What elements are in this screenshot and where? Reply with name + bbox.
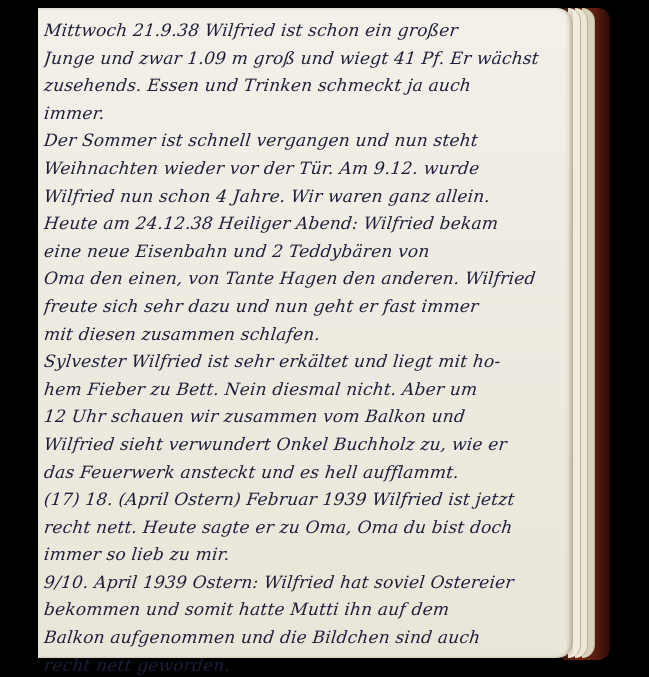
text-line: Heute am 24.12.38 Heiliger Abend: Wilfri…	[43, 211, 566, 239]
text-line: das Feuerwerk ansteckt und es hell auffl…	[43, 460, 566, 488]
text-line: bekommen und somit hatte Mutti ihn auf d…	[43, 597, 566, 625]
text-line: (17) 18. (April Ostern) Februar 1939 Wil…	[43, 487, 566, 515]
handwritten-text: Mittwoch 21.9.38 Wilfried ist schon ein …	[44, 18, 564, 677]
diary-page: Mittwoch 21.9.38 Wilfried ist schon ein …	[38, 8, 573, 658]
text-line: Weihnachten wieder vor der Tür. Am 9.12.…	[43, 156, 566, 184]
text-line: 12 Uhr schauen wir zusammen vom Balkon u…	[43, 404, 566, 432]
text-line: Wilfried nun schon 4 Jahre. Wir waren ga…	[43, 184, 566, 212]
text-line: eine neue Eisenbahn und 2 Teddybären von	[43, 239, 566, 267]
text-line: immer.	[43, 101, 566, 129]
text-line: Mittwoch 21.9.38 Wilfried ist schon ein …	[43, 18, 566, 46]
text-line: Balkon aufgenommen und die Bildchen sind…	[43, 625, 566, 653]
text-line: recht nett. Heute sagte er zu Oma, Oma d…	[43, 515, 566, 543]
text-line: Sylvester Wilfried ist sehr erkältet und…	[43, 349, 566, 377]
text-line: hem Fieber zu Bett. Nein diesmal nicht. …	[43, 377, 566, 405]
text-line: Wilfried sieht verwundert Onkel Buchholz…	[43, 432, 566, 460]
text-line: immer so lieb zu mir.	[43, 542, 566, 570]
text-line: mit diesen zusammen schlafen.	[43, 322, 566, 350]
text-line: Der Sommer ist schnell vergangen und nun…	[43, 128, 566, 156]
text-line: recht nett geworden.	[43, 653, 566, 677]
text-line: zusehends. Essen und Trinken schmeckt ja…	[43, 73, 566, 101]
text-line: 9/10. April 1939 Ostern: Wilfried hat so…	[43, 570, 566, 598]
text-line: Junge und zwar 1.09 m groß und wiegt 41 …	[43, 46, 566, 74]
text-line: Oma den einen, von Tante Hagen den ander…	[43, 266, 566, 294]
text-line: freute sich sehr dazu und nun geht er fa…	[43, 294, 566, 322]
